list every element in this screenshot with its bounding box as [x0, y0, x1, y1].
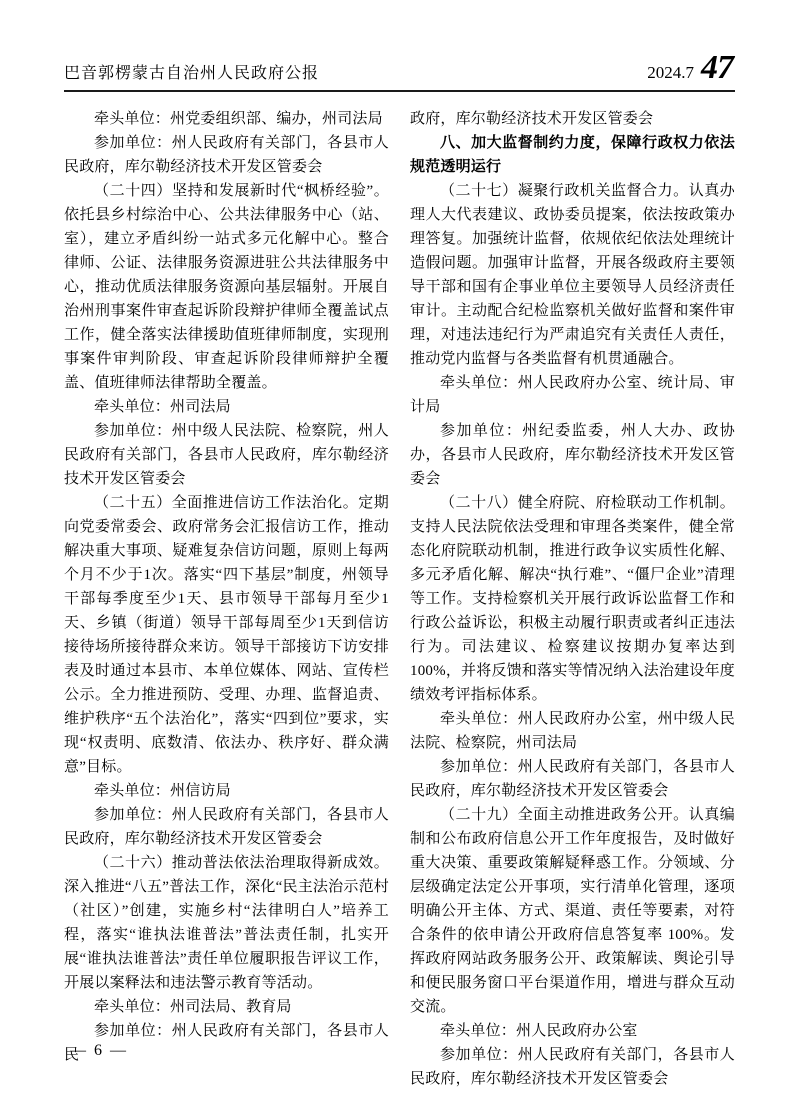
numbered-item-26-paragraph: （二十六）推动普法依法治理取得新成效。深入推进“八五”普法工作，深化“民主法治示… — [64, 851, 389, 995]
lead-unit-line: 牵头单位：州司法局 — [64, 395, 389, 419]
gazette-title: 巴音郭楞蒙古自治州人民政府公报 — [64, 60, 319, 90]
numbered-item-24-paragraph: （二十四）坚持和发展新时代“枫桥经验”。依托县乡村综治中心、公共法律服务中心（站… — [64, 179, 389, 395]
document-body: 牵头单位：州党委组织部、编办，州司法局 参加单位：州人民政府有关部门，各县市人民… — [64, 107, 735, 1091]
page-header: 巴音郭楞蒙古自治州人民政府公报 2024.7 47 — [64, 50, 735, 92]
page-number: — 6 — — [70, 1042, 128, 1060]
lead-unit-line: 牵头单位：州党委组织部、编办，州司法局 — [64, 107, 389, 131]
right-column: 政府，库尔勒经济技术开发区管委会 八、加大监督制约力度，保障行政权力依法规范透明… — [410, 107, 735, 1091]
header-issue-info: 2024.7 47 — [647, 51, 735, 90]
lead-unit-line: 牵头单位：州人民政府办公室、统计局、审计局 — [410, 371, 735, 419]
lead-unit-line: 牵头单位：州人民政府办公室，州中级人民法院、检察院，州司法局 — [410, 707, 735, 755]
lead-unit-line: 牵头单位：州司法局、教育局 — [64, 995, 389, 1019]
participate-unit-line: 参加单位：州纪委监委，州人大办、政协办，各县市人民政府，库尔勒经济技术开发区管委… — [410, 419, 735, 491]
numbered-item-29-paragraph: （二十九）全面主动推进政务公开。认真编制和公布政府信息公开工作年度报告，及时做好… — [410, 803, 735, 1019]
participate-unit-line: 参加单位：州人民政府有关部门，各县市人民政府，库尔勒经济技术开发区管委会 — [410, 1043, 735, 1091]
numbered-item-28-paragraph: （二十八）健全府院、府检联动工作机制。支持人民法院依法受理和审理各类案件，健全常… — [410, 491, 735, 707]
participate-unit-line: 参加单位：州中级人民法院、检察院，州人民政府有关部门，各县市人民政府，库尔勒经济… — [64, 419, 389, 491]
participate-unit-line: 参加单位：州人民政府有关部门，各县市人民政府，库尔勒经济技术开发区管委会 — [410, 755, 735, 803]
numbered-item-25-paragraph: （二十五）全面推进信访工作法治化。定期向党委常委会、政府常务会汇报信访工作，推动… — [64, 491, 389, 779]
issue-date: 2024.7 — [647, 63, 694, 90]
continuation-paragraph: 政府，库尔勒经济技术开发区管委会 — [410, 107, 735, 131]
gazette-page: 巴音郭楞蒙古自治州人民政府公报 2024.7 47 牵头单位：州党委组织部、编办… — [0, 0, 790, 1118]
participate-unit-line: 参加单位：州人民政府有关部门，各县市人民政府，库尔勒经济技术开发区管委会 — [64, 131, 389, 179]
section-heading-8: 八、加大监督制约力度，保障行政权力依法规范透明运行 — [410, 131, 735, 179]
lead-unit-line: 牵头单位：州人民政府办公室 — [410, 1019, 735, 1043]
lead-unit-line: 牵头单位：州信访局 — [64, 779, 389, 803]
numbered-item-27-paragraph: （二十七）凝聚行政机关监督合力。认真办理人大代表建议、政协委员提案，依法按政策办… — [410, 179, 735, 371]
participate-unit-line: 参加单位：州人民政府有关部门，各县市人民政府，库尔勒经济技术开发区管委会 — [64, 803, 389, 851]
left-column: 牵头单位：州党委组织部、编办，州司法局 参加单位：州人民政府有关部门，各县市人民… — [64, 107, 389, 1091]
issue-number: 47 — [701, 51, 735, 85]
